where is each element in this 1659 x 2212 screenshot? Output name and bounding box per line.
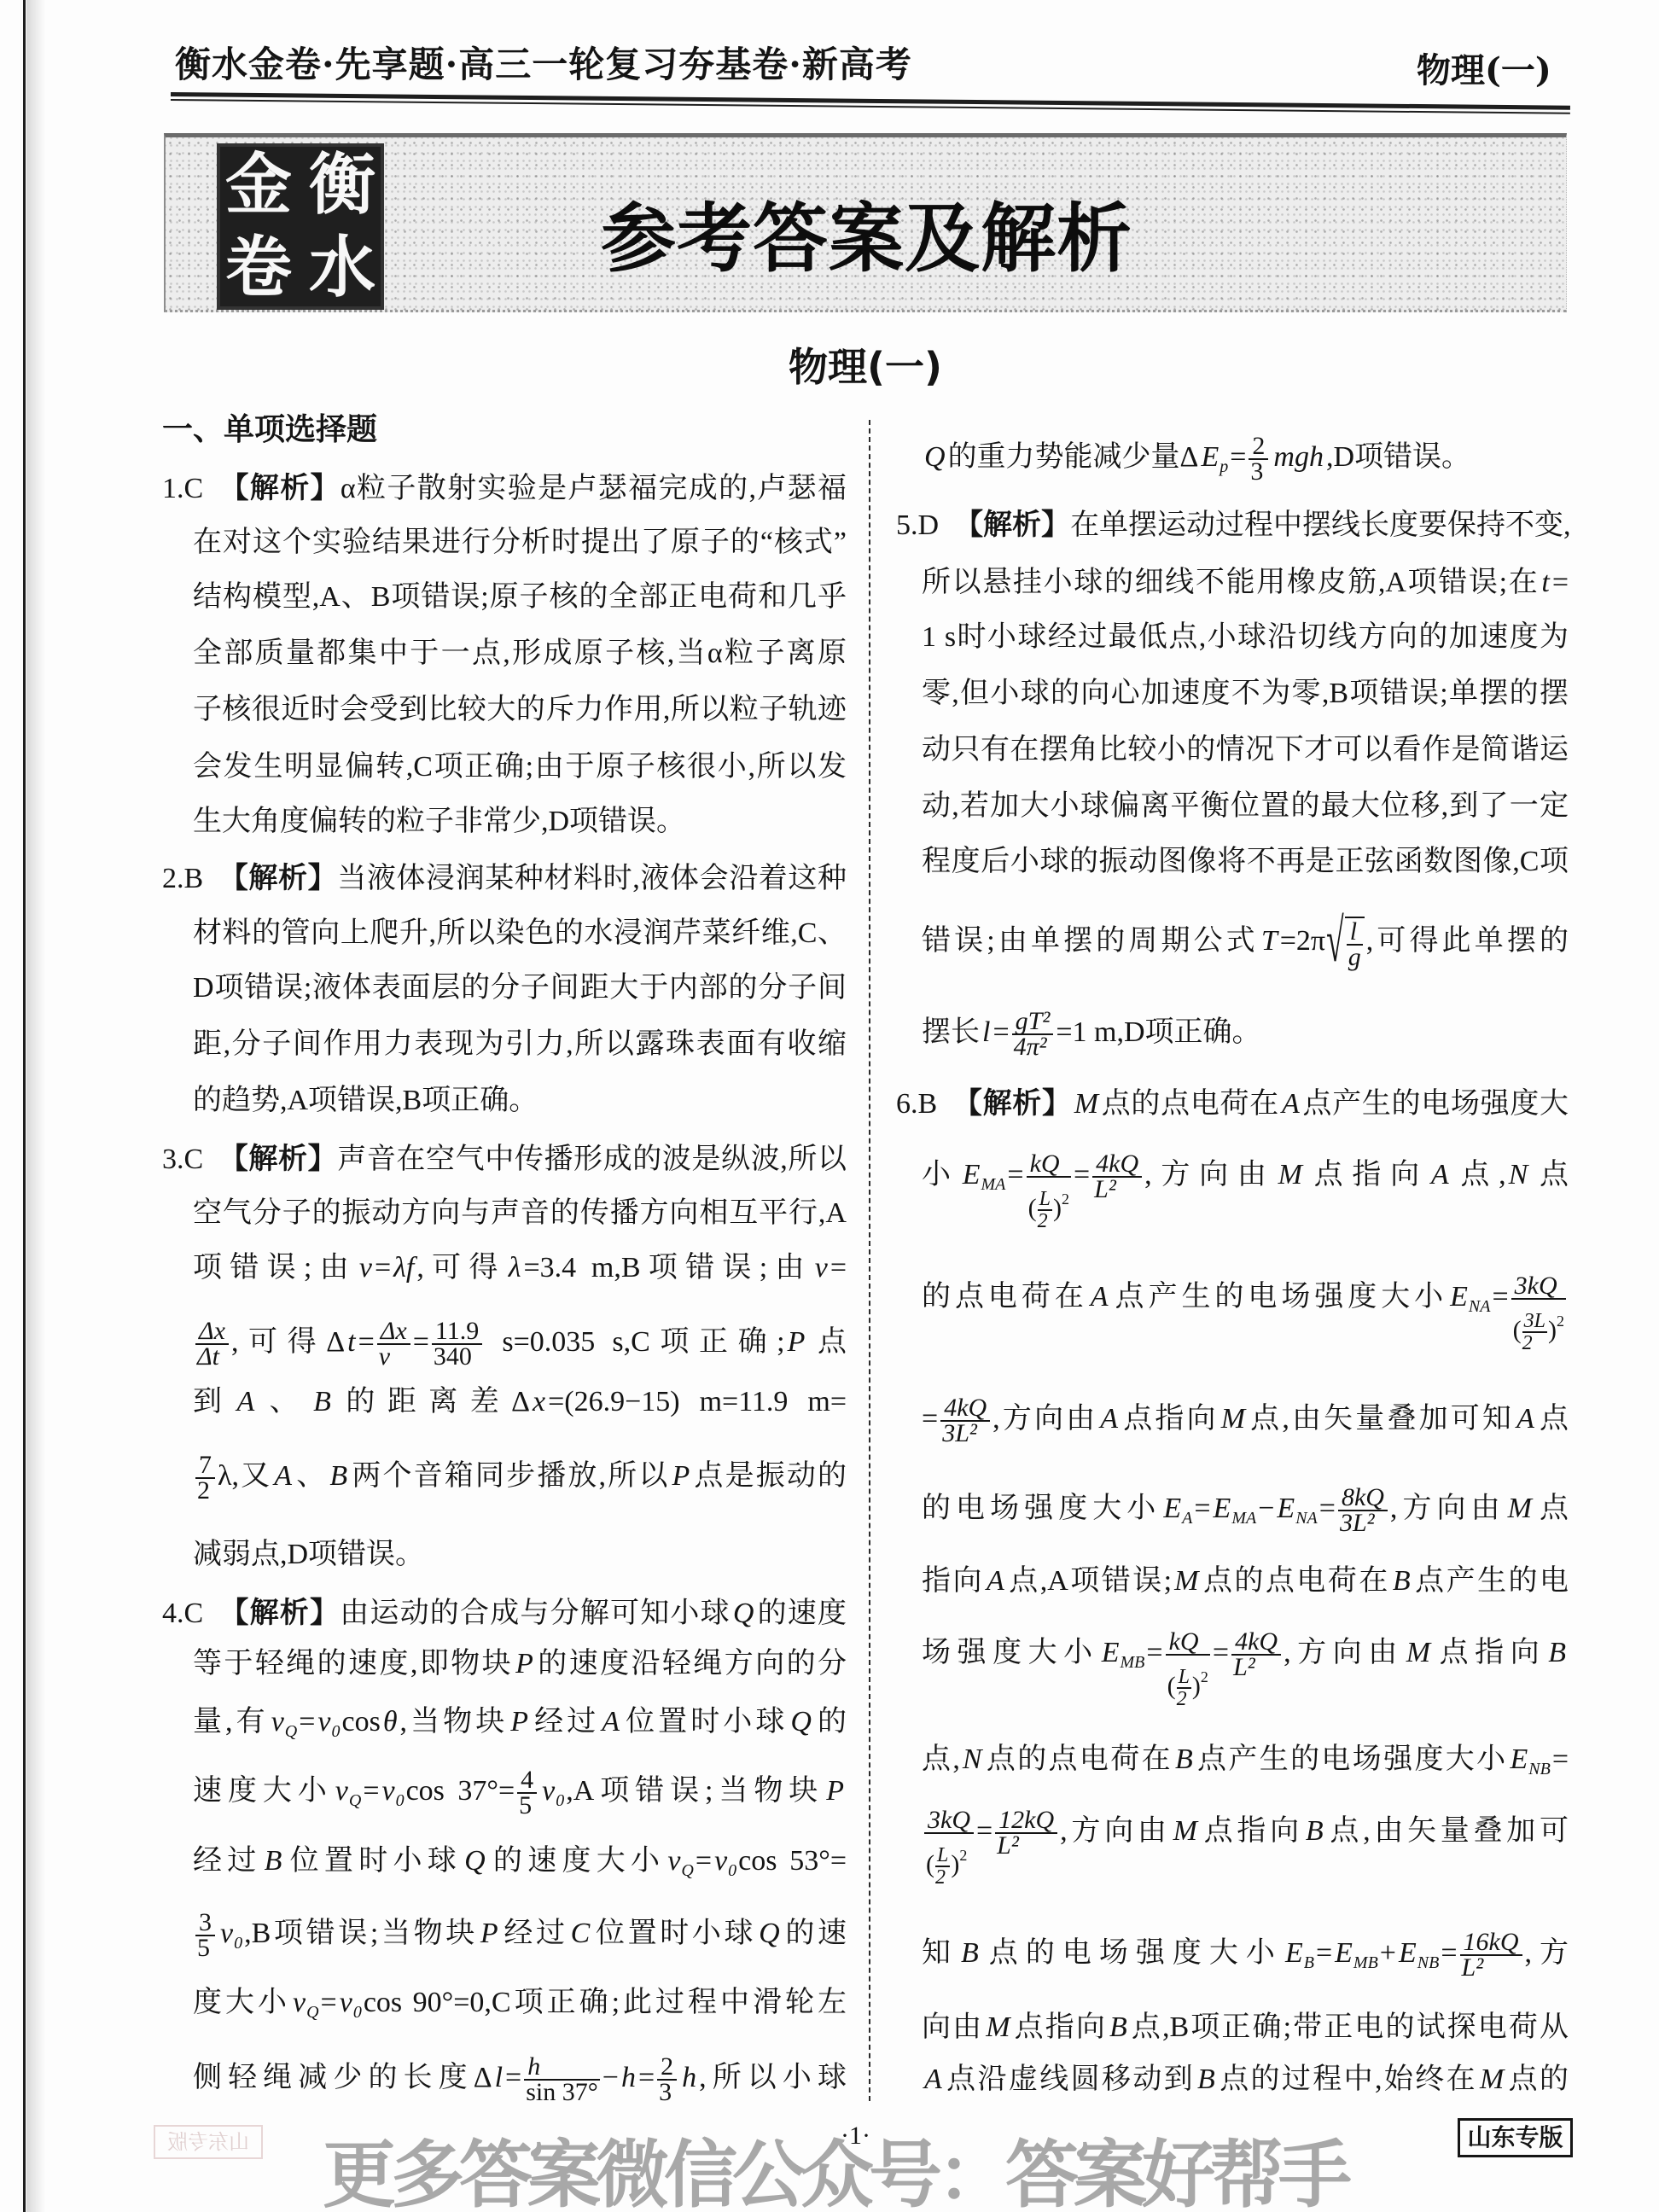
text-run: = <box>1146 1637 1162 1668</box>
math-variable: P <box>480 1918 498 1949</box>
paren-close: ) <box>951 1850 959 1878</box>
text-run: ,B项错误;当物块 <box>244 1918 478 1949</box>
text-run: ,当物块 <box>400 1706 509 1738</box>
fraction-numerator: kQ <box>1027 1133 1071 1178</box>
math-variable: Q <box>790 1706 812 1738</box>
text-run: 位置时小球 <box>622 1706 788 1738</box>
text-run: ,可得Δ <box>231 1326 345 1358</box>
text-run: = <box>375 1252 391 1284</box>
math-variable: P <box>510 1706 528 1738</box>
math-variable: B <box>1548 1637 1566 1668</box>
math-variable: l <box>982 1016 990 1048</box>
text-run: cos 53°= <box>738 1845 847 1877</box>
math-variable: Q <box>733 1598 754 1629</box>
math-variable: v <box>220 1918 233 1949</box>
fraction-numerator: 3L <box>1522 1311 1547 1333</box>
text-run: 点, <box>1452 1159 1506 1190</box>
exponent: 2 <box>1062 1190 1069 1208</box>
fraction-denominator: 3L² <box>940 1422 990 1446</box>
math-fraction: L2 <box>1038 1189 1052 1231</box>
math-variable: A <box>924 2064 942 2095</box>
text-run: 指向 <box>922 1565 984 1597</box>
math-fraction: L2 <box>1177 1667 1191 1709</box>
math-variable: v <box>335 1775 348 1807</box>
text-run: 场强度大小 <box>922 1637 1099 1668</box>
math-variable: t <box>1541 567 1549 598</box>
answer-line: 度大小vQ=v0cos 90°=0,C项正确;此过程中滑轮左 <box>193 1986 847 2020</box>
answer-line: 经过B位置时小球Q的速度大小vQ=v0cos 53°= <box>193 1844 847 1878</box>
text-run: = <box>638 2062 655 2093</box>
answer-line: ΔxΔt,可得Δt=Δxv=11.9340 s=0.035 s,C项正确;P点 <box>193 1325 847 1359</box>
text-run: 位置时小球 <box>592 1918 756 1949</box>
text-run: 点 <box>1537 1403 1569 1435</box>
math-variable: M <box>1278 1159 1302 1190</box>
text-run: ,方 <box>1525 1937 1569 1969</box>
math-variable: B <box>1393 1565 1411 1597</box>
math-subscript: Q <box>285 1722 297 1741</box>
answer-line: 的点电荷在A点产生的电场强度大小ENA=3kQ(3L2)2 <box>922 1280 1569 1314</box>
math-variable: E <box>1335 1937 1353 1969</box>
text-run: 点产生的电场强度大小 <box>1111 1281 1448 1313</box>
text-run: 的速 <box>783 1918 847 1949</box>
text-run: 所以悬挂小球的细线不能用橡皮筋,A项错误;在 <box>922 567 1539 598</box>
text-run: 点的点电荷在 <box>1101 1088 1279 1120</box>
text-run: 点的电场强度大小 <box>981 1937 1283 1969</box>
math-variable: P <box>672 1460 690 1492</box>
text-run: 点指向 <box>1433 1637 1545 1668</box>
math-variable: v <box>382 1775 395 1807</box>
watermark-banner: 更多答案微信公众号：答案好帮手 <box>323 2137 1347 2212</box>
text-run: ,方向由 <box>1390 1493 1505 1524</box>
fraction-denominator: L² <box>1460 1956 1522 1980</box>
text-run: =1 m,D项正确。 <box>1056 1016 1260 1048</box>
text-run: 小 <box>922 1159 960 1190</box>
text-run: 侧轻绳减少的长度Δ <box>193 2062 492 2093</box>
logo-char: 金 <box>217 143 300 227</box>
fraction-denominator: 3 <box>657 2081 677 2104</box>
answer-line: 距,分子间作用力表现为引力,所以露珠表面有收缩 <box>193 1027 847 1062</box>
math-fraction: lg <box>1347 920 1363 969</box>
fraction-numerator: Δx <box>195 1319 229 1345</box>
text-run: − <box>1258 1493 1274 1524</box>
math-fraction: L2 <box>935 1845 950 1888</box>
math-variable: E <box>1450 1281 1468 1313</box>
text-run: s=0.035 s,C项正确; <box>485 1326 784 1358</box>
answer-line: 向由M点指向B点,B项正确;带正电的试探电荷从 <box>922 2011 1569 2045</box>
page-title: 参考答案及解析 <box>601 196 1132 282</box>
math-variable: M <box>1480 2064 1504 2095</box>
answer-line: 35v0,B项错误;当物块P经过C位置时小球Q的速 <box>193 1917 847 1951</box>
math-subscript: B <box>1304 1953 1314 1972</box>
text-run: = <box>1492 1281 1508 1313</box>
text-run: 点指向 <box>1200 1815 1303 1847</box>
paren-open: ( <box>1167 1672 1176 1700</box>
answer-line: 项错误;由v=λf,可得λ=3.4 m,B项错误;由v= <box>193 1251 847 1285</box>
math-variable: N <box>963 1743 982 1775</box>
math-subscript: p <box>1220 457 1228 476</box>
answer-line: 的电场强度大小EA=EMA−ENA=8kQ3L²,方向由M点 <box>922 1492 1569 1526</box>
fraction-numerator: 3kQ <box>924 1790 974 1834</box>
logo-char: 水 <box>300 227 384 311</box>
math-variable: v <box>815 1252 828 1284</box>
answer-line: =4kQ3L²,方向由A点指向M点,由矢量叠加可知A点 <box>922 1402 1569 1436</box>
math-variable: A <box>602 1706 620 1738</box>
math-variable: Q <box>924 441 946 473</box>
math-variable: λf <box>393 1252 414 1284</box>
text-run: ,可得此单摆的 <box>1366 925 1569 957</box>
series-title: 衡水金卷·先享题·高三一轮复习夯基卷·新高考 <box>175 43 912 87</box>
answer-line: 3.C【解析】声音在空气中传播形成的波是纵波,所以 <box>162 1142 847 1176</box>
text-run: 点,A项错误; <box>1007 1565 1172 1597</box>
text-run: = <box>1194 1493 1210 1524</box>
answer-line: 点,N点的点电荷在B点产生的电场强度大小ENB= <box>922 1743 1569 1777</box>
text-run: 的速度沿轻绳方向的分 <box>536 1648 847 1679</box>
answer-line: 程度后小球的振动图像将不再是正弦函数图像,C项 <box>922 845 1569 879</box>
text-run: = <box>1552 567 1569 598</box>
text-run: = <box>505 2062 521 2093</box>
math-fraction: 16kQL² <box>1460 1930 1522 1980</box>
fraction-numerator: 4 <box>517 1768 537 1794</box>
text-run: 等于轻绳的速度,即物块 <box>193 1648 513 1679</box>
math-variable: v <box>317 1706 330 1738</box>
answer-line: 动只有在摆角比较小的情况下才可以看作是简谐运 <box>922 733 1569 767</box>
ghost-edition-stamp: 山东专版 <box>154 2125 263 2159</box>
fraction-denominator: 2 <box>1522 1333 1547 1353</box>
text-run: 点沿虚线圆移动到 <box>945 2064 1195 2095</box>
text-run: ,A项错误;当物块 <box>566 1775 824 1807</box>
answer-line: D项错误;液体表面层的分子间距大于内部的分子间 <box>193 971 847 1005</box>
math-variable: P <box>788 1326 806 1358</box>
math-variable: A <box>236 1386 254 1417</box>
math-variable: E <box>963 1159 981 1190</box>
answer-line: 零,但小球的向心加速度不为零,B项错误;单摆的摆 <box>922 677 1569 711</box>
text-run: 点 <box>1534 1493 1569 1524</box>
text-run: 点,B项正确;带正电的试探电荷从 <box>1130 2011 1569 2043</box>
math-variable: B <box>1306 1815 1324 1847</box>
math-fraction: 23 <box>1249 434 1268 484</box>
math-variable: E <box>1285 1937 1303 1969</box>
text-run: ,所以小球 <box>699 2062 847 2093</box>
question-number: 6.B <box>896 1088 937 1120</box>
text-run: 点的点电荷在 <box>1201 1565 1389 1597</box>
math-variable: E <box>1163 1493 1181 1524</box>
math-subscript: A <box>1182 1509 1192 1528</box>
math-variable: N <box>1509 1159 1528 1190</box>
math-fraction: 3kQ(L2)2 <box>924 1790 974 1877</box>
logo-char: 衡 <box>300 143 384 227</box>
text-run: 点指向 <box>1305 1159 1429 1190</box>
math-variable: M <box>1508 1493 1532 1524</box>
text-run: 两个音箱同步播放,所以 <box>350 1460 669 1492</box>
math-subscript: Q <box>306 2003 318 2022</box>
math-variable: v <box>714 1845 727 1877</box>
question-number: 4.C <box>162 1598 203 1629</box>
fraction-numerator: gT² <box>1012 1010 1054 1035</box>
text-run: 点的 <box>1506 2064 1569 2095</box>
analysis-tag: 【解析】 <box>218 1596 340 1630</box>
text-run: = <box>922 1403 938 1435</box>
math-variable: B <box>1175 1743 1193 1775</box>
answer-line: 侧轻绳减少的长度Δl=hsin 37°−h=23h,所以小球 <box>193 2061 847 2095</box>
math-subscript: MB <box>1120 1653 1144 1672</box>
text-run: λ,又 <box>218 1460 271 1492</box>
math-variable: v <box>667 1845 680 1877</box>
text-run: 的电场强度大小 <box>922 1493 1161 1524</box>
answer-line: 场强度大小EMB=kQ(L2)2=4kQL²,方向由M点指向B <box>922 1636 1569 1670</box>
math-variable: E <box>1399 1937 1417 1969</box>
text-run: 点的点电荷在 <box>985 1743 1173 1775</box>
math-subscript: NB <box>1417 1953 1440 1972</box>
text-run: ,方向由 <box>992 1403 1097 1435</box>
math-fraction: 72 <box>195 1453 215 1503</box>
math-variable: θ <box>383 1706 398 1738</box>
math-variable: M <box>1074 1088 1098 1120</box>
text-run: 声音在空气中传播形成的波是纵波,所以 <box>337 1144 847 1175</box>
text-run: = <box>1441 1937 1457 1969</box>
text-run: 经过 <box>193 1845 262 1877</box>
text-run: ,方向由 <box>1284 1637 1404 1668</box>
math-fraction: hsin 37° <box>524 2055 600 2104</box>
text-run: 由运动的合成与分解可知小球 <box>340 1598 731 1629</box>
fraction-numerator: 11.9 <box>432 1319 482 1345</box>
math-fraction: gT²4π² <box>1012 1010 1054 1059</box>
fraction-denominator: 5 <box>195 1936 215 1960</box>
fraction-denominator: 3L² <box>1338 1511 1388 1535</box>
page-left-border <box>23 0 26 2212</box>
text-run: 的速度 <box>756 1598 847 1629</box>
text-run: = <box>976 1815 992 1847</box>
math-variable: B <box>313 1386 331 1417</box>
answer-line: 全部质量都集中于一点,形成原子核,当α粒子离原 <box>193 637 847 671</box>
math-variable: v <box>271 1706 284 1738</box>
answer-line: 所以悬挂小球的细线不能用橡皮筋,A项错误;在t= <box>922 566 1569 600</box>
text-run: 点,由矢量叠加可知 <box>1248 1403 1514 1435</box>
fraction-denominator: 3 <box>1249 460 1268 484</box>
math-variable: A <box>1282 1088 1300 1120</box>
exponent: 2 <box>1201 1668 1208 1685</box>
math-variable: A <box>1100 1403 1118 1435</box>
answer-line: 知B点的电场强度大小EB=EMB+ENB=16kQL²,方 <box>922 1936 1569 1970</box>
math-variable: v <box>542 1775 555 1807</box>
text-run: 点的过程中,始终在 <box>1218 2064 1477 2095</box>
answer-line: 速度大小vQ=v0cos 37°=45v0,A项错误;当物块P <box>193 1774 847 1808</box>
text-run: =(26.9−15) m=11.9 m= <box>548 1386 847 1417</box>
fraction-denominator: (L2)2 <box>1027 1178 1071 1220</box>
math-variable: B <box>1197 2064 1215 2095</box>
text-run: 项错误;由 <box>193 1252 357 1284</box>
text-run: 知 <box>922 1937 958 1969</box>
math-subscript: NA <box>1295 1509 1318 1528</box>
text-run: = <box>321 1987 337 2018</box>
math-fraction: 23 <box>657 2055 677 2104</box>
edition-badge: 山东专版 <box>1458 2118 1573 2157</box>
fraction-numerator: 7 <box>195 1453 215 1479</box>
text-run: = <box>830 1252 847 1284</box>
text-run: 在单摆运动过程中摆线长度要保持不变, <box>1070 509 1571 541</box>
text-run: 点 <box>807 1326 847 1358</box>
math-variable: A <box>1516 1403 1534 1435</box>
text-run: = <box>1213 1637 1229 1668</box>
math-variable: Q <box>759 1918 780 1949</box>
math-subscript: 0 <box>556 1791 564 1810</box>
math-variable: P <box>515 1648 533 1679</box>
math-fraction: 4kQ3L² <box>940 1396 990 1446</box>
math-fraction: Δxv <box>377 1319 410 1369</box>
text-run: 的 <box>814 1706 847 1738</box>
answer-line: 空气分子的振动方向与声音的传播方向相互平行,A <box>193 1196 847 1231</box>
paren-close: ) <box>1548 1316 1557 1344</box>
math-variable: A <box>987 1565 1004 1597</box>
text-run: ,方向由 <box>1144 1159 1275 1190</box>
text-run: cos 37°= <box>406 1775 515 1807</box>
text-run: 点产生的电场强度大 <box>1302 1088 1569 1120</box>
answer-line: 小EMA=kQ(L2)2=4kQL²,方向由M点指向A点,N点 <box>922 1158 1569 1192</box>
math-fraction: 35 <box>195 1911 215 1960</box>
math-variable: C <box>571 1918 591 1949</box>
paren-close: ) <box>1053 1194 1062 1222</box>
math-variable: P <box>826 1775 844 1807</box>
math-variable: x <box>533 1386 545 1417</box>
math-variable: E <box>1201 441 1219 473</box>
math-subscript: MA <box>981 1175 1006 1194</box>
math-fraction: kQ(L2)2 <box>1027 1133 1071 1220</box>
text-run: 点,由矢量叠加可 <box>1326 1815 1569 1847</box>
math-variable: B <box>265 1845 282 1877</box>
fraction-denominator: Δt <box>195 1345 229 1369</box>
text-run: =3.4 m,B项错误;由 <box>523 1252 812 1284</box>
analysis-tag: 【解析】 <box>218 1142 337 1176</box>
fraction-denominator: sin 37° <box>524 2081 600 2104</box>
fraction-denominator: 2 <box>1038 1211 1052 1231</box>
analysis-tag: 【解析】 <box>218 471 341 505</box>
text-run: 、 <box>294 1460 327 1492</box>
fraction-numerator: 3kQ <box>1511 1255 1566 1300</box>
math-variable: t <box>347 1326 355 1358</box>
fraction-numerator: L <box>1177 1667 1191 1689</box>
text-run: 位置时小球 <box>284 1845 462 1877</box>
page-binding-shadow <box>26 0 45 2212</box>
math-variable: M <box>1174 1565 1198 1597</box>
seal-logo: 金 衡 卷 水 <box>217 143 384 310</box>
text-run: + <box>1380 1937 1396 1969</box>
fraction-denominator: (3L2)2 <box>1511 1300 1566 1342</box>
fraction-numerator: 4kQ <box>940 1396 990 1422</box>
exponent: 2 <box>959 1847 967 1864</box>
answer-line: 动,若加大小球偏离平衡位置的最大位移,到了一定 <box>922 789 1569 824</box>
text-run: 点指向 <box>1013 2011 1107 2043</box>
fraction-denominator: L² <box>1231 1656 1281 1679</box>
text-run: 点是振动的 <box>692 1460 847 1492</box>
math-variable: E <box>1214 1493 1231 1524</box>
header-double-rule <box>171 92 1570 114</box>
math-variable: M <box>1406 1637 1430 1668</box>
fraction-numerator: 4kQ <box>1092 1152 1142 1178</box>
math-variable: h <box>621 2062 636 2093</box>
math-fraction: 12kQL² <box>995 1808 1057 1858</box>
math-subscript: NA <box>1469 1297 1491 1316</box>
subject-title: 物理(一) <box>789 344 942 390</box>
text-run: 点 <box>1530 1159 1569 1190</box>
math-variable: E <box>1510 1743 1528 1775</box>
answer-line: 错误;由单摆的周期公式T=2π√lg,可得此单摆的 <box>922 924 1569 958</box>
math-subscript: MB <box>1353 1953 1378 1972</box>
question-number: 2.B <box>162 863 203 894</box>
answer-line: 摆长l=gT²4π²=1 m,D项正确。 <box>922 1016 1569 1050</box>
math-subscript: 0 <box>396 1791 405 1810</box>
text-run: cos 90°=0,C项正确;此过程中滑轮左 <box>364 1987 847 2018</box>
math-variable: B <box>1109 2011 1127 2043</box>
fraction-numerator: 12kQ <box>995 1808 1057 1834</box>
text-run: 点, <box>922 1743 960 1775</box>
answer-line: 材料的管向上爬升,所以染色的水浸润芹菜纤维,C、 <box>193 917 847 951</box>
text-run: 的速度大小 <box>488 1845 666 1877</box>
answer-line: 1 s时小球经过最低点,小球沿切线方向的加速度为 <box>922 620 1569 655</box>
text-run: = <box>358 1326 375 1358</box>
fraction-denominator: (L2)2 <box>924 1834 974 1877</box>
fraction-numerator: L <box>935 1845 950 1867</box>
text-run: = <box>1074 1159 1090 1190</box>
text-run: 的重力势能减少量Δ <box>948 441 1199 473</box>
math-subscript: 0 <box>234 1934 242 1953</box>
fraction-numerator: 8kQ <box>1338 1486 1388 1511</box>
text-run: = <box>992 1016 1009 1048</box>
math-variable: B <box>961 1937 979 1969</box>
exponent: 2 <box>1557 1313 1564 1330</box>
fraction-denominator: 2 <box>195 1479 215 1503</box>
text-run: = <box>1007 1159 1023 1190</box>
math-variable: A <box>1091 1281 1109 1313</box>
text-run: α粒子散射实验是卢瑟福完成的,卢瑟福 <box>341 473 847 504</box>
fraction-numerator: L <box>1038 1189 1052 1211</box>
answer-line: 指向A点,A项错误;M点的点电荷在B点产生的电 <box>922 1564 1569 1598</box>
text-run: 错误;由单摆的周期公式 <box>922 925 1259 957</box>
fraction-numerator: h <box>524 2055 600 2081</box>
fraction-denominator: 340 <box>432 1345 482 1369</box>
math-variable: M <box>986 2011 1010 2043</box>
text-run: 当液体浸润某种材料时,液体会沿着这种 <box>337 863 847 894</box>
math-subscript: MA <box>1231 1509 1256 1528</box>
text-run: = <box>1316 1937 1332 1969</box>
math-subscript: 0 <box>353 2003 362 2022</box>
fraction-numerator: kQ <box>1166 1611 1210 1656</box>
answer-line: 3kQ(L2)2=12kQL²,方向由M点指向B点,由矢量叠加可 <box>922 1814 1569 1848</box>
paren-open: ( <box>926 1850 934 1878</box>
text-run: 点产生的电场强度大小 <box>1196 1743 1508 1775</box>
text-run: ,D项错误。 <box>1326 441 1470 473</box>
analysis-tag: 【解析】 <box>954 508 1070 542</box>
logo-char: 卷 <box>217 227 300 311</box>
fraction-numerator: 2 <box>657 2055 677 2081</box>
math-fraction: 4kQL² <box>1092 1152 1142 1202</box>
text-run: =2π <box>1280 925 1325 957</box>
fraction-numerator: 3 <box>195 1911 215 1936</box>
paren-close: ) <box>1192 1672 1201 1700</box>
fraction-denominator: g <box>1347 946 1363 969</box>
math-variable: h <box>682 2062 696 2093</box>
text-run: ,方向由 <box>1060 1815 1170 1847</box>
math-fraction: kQ(L2)2 <box>1166 1611 1210 1698</box>
radicand: lg <box>1345 917 1365 969</box>
question-number: 1.C <box>162 473 203 504</box>
fraction-numerator: l <box>1347 920 1363 946</box>
fraction-denominator: v <box>377 1345 410 1369</box>
answer-line: 72λ,又A、B两个音箱同步播放,所以P点是振动的 <box>193 1459 847 1493</box>
analysis-tag: 【解析】 <box>952 1086 1072 1121</box>
fraction-numerator: 2 <box>1249 434 1268 460</box>
math-variable: v <box>340 1987 352 2018</box>
math-variable: v <box>293 1987 306 2018</box>
radical-sign-icon: √ <box>1326 907 1344 979</box>
